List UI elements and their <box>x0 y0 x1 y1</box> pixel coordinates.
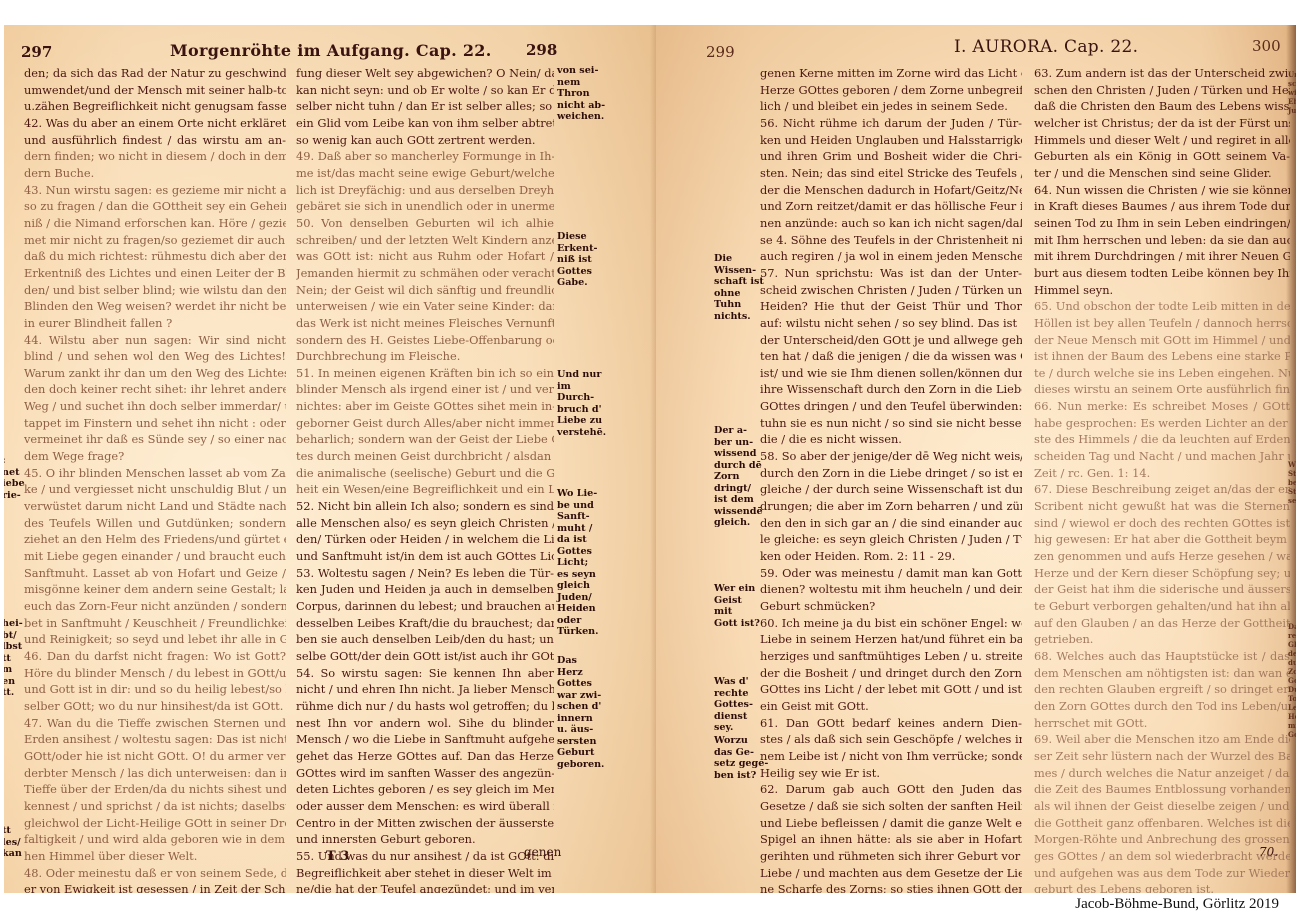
text-line: gebäret sie sich in unendlich oder in un… <box>296 198 554 215</box>
page-number-299: 299 <box>706 43 735 61</box>
text-line: den/ Türken oder Heiden / in welchem die… <box>296 531 554 548</box>
text-line: GOttes ins Licht / der lebet mit GOtt / … <box>760 681 1022 698</box>
edge-fragment-3: ttles/kan <box>4 825 22 860</box>
text-line: blind / und sehen wol den Weg des Lichte… <box>24 348 286 365</box>
text-line: und Gott ist in dir: und so du heilig le… <box>24 681 286 698</box>
text-line: ter / und die Menschen sind seine Glider… <box>1034 165 1290 182</box>
text-line: GOttes wird im sanften Wasser des angezü… <box>296 765 554 782</box>
text-line: Jemanden hiermit zu schmähen oder verach… <box>296 265 554 282</box>
text-line: 47. Wan du die Tieffe zwischen Sternen u… <box>24 715 286 732</box>
text-line: hig gewesen: Er hat aber die Gottheit be… <box>1034 531 1290 548</box>
text-line: dienen? woltestu mit ihm heucheln / und … <box>760 581 1022 598</box>
text-line: gerihten und rühmeten sich ihrer Geburt … <box>760 848 1022 865</box>
text-line: met mir nicht zu fragen/so geziemet dir … <box>24 232 286 249</box>
text-line: den rechten Glauben ergreift / so dringe… <box>1034 681 1290 698</box>
text-line: sten. Nein; das sind eitel Stricke des T… <box>760 165 1022 182</box>
text-line: 65. Und obschon der todte Leib mitten in… <box>1034 298 1290 315</box>
text-line: Geburt schmücken? <box>760 598 1022 615</box>
page-number-298: 298 <box>526 41 557 59</box>
text-line: Durchbrechung im Fleische. <box>296 348 554 365</box>
page-number-297: 297 <box>21 43 52 61</box>
text-line: heit ein Wesen/eine Begreiflichkeit und … <box>296 481 554 498</box>
catchword: genen <box>524 845 561 859</box>
text-line: scheiden Tag und Nacht / und machen Jahr… <box>1034 448 1290 465</box>
text-line: dern Buche. <box>24 165 286 182</box>
text-line: 59. Oder was meinestu / damit man kan Go… <box>760 565 1022 582</box>
left-page-header: 297 Morgenröhte im Aufgang. Cap. 22. 298 <box>4 39 656 65</box>
text-line: blinder Mensch als irgend einer ist / un… <box>296 381 554 398</box>
text-line: Spigel an ihnen hätte: als sie aber in H… <box>760 831 1022 848</box>
text-line: dieses wirstu an seinem Orte ausführlich… <box>1034 381 1290 398</box>
text-line: desselben Leibes Kraft/die du brauchest;… <box>296 615 554 632</box>
text-line: 53. Woltestu sagen / Nein? Es leben die … <box>296 565 554 582</box>
text-line: 42. Was du aber an einem Orte nicht erkl… <box>24 115 286 132</box>
text-line: ken und Heiden Unglauben und Halsstarrig… <box>760 132 1022 149</box>
text-line: des Teufels Willen und Gutdünken; sonder… <box>24 515 286 532</box>
text-line: 56. Nicht rühme ich darum der Juden / Tü… <box>760 115 1022 132</box>
text-line: Heilig sey wie Er ist. <box>760 765 1022 782</box>
text-line: genen Kerne mitten im Zorne wird das Lic… <box>760 65 1022 82</box>
text-line: und Sanftmuht ist/in dem ist auch GOttes… <box>296 548 554 565</box>
text-line: 57. Nun sprichstu: Was ist dan der Unter… <box>760 265 1022 282</box>
text-line: herziges und sanftmühtiges Leben / u. st… <box>760 648 1022 665</box>
text-line: vermeinet ihr daß es Sünde sey / so eine… <box>24 431 286 448</box>
text-line: getrieben. <box>1034 631 1290 648</box>
text-line: mit ihrem Durchdringen / mit ihrer Neuen… <box>1034 248 1290 265</box>
text-line: 44. Wilstu aber nun sagen: Wir sind nich… <box>24 332 286 349</box>
text-line: burt aus diesem todten Leibe können bey … <box>1034 265 1290 282</box>
text-line: ziehet an den Helm des Friedens/und gürt… <box>24 531 286 548</box>
text-line: Himmel seyn. <box>1034 282 1290 299</box>
text-line: der Unterscheid/den GOtt je und allwege … <box>760 332 1022 349</box>
text-line: die Gottheit ganz offenbaren. Welches is… <box>1034 815 1290 832</box>
text-line: der Geist hat ihm die siderische und äus… <box>1034 581 1290 598</box>
text-line: Himmels und dieser Welt / und regiret in… <box>1034 132 1290 149</box>
text-line: Geburten als ein König in GOtt seinem Va… <box>1034 148 1290 165</box>
text-line: und Reinigkeit; so seyd und lebet ihr al… <box>24 631 286 648</box>
text-line: der die Bosheit / und dringet durch den … <box>760 665 1022 682</box>
text-line: verwüstet darum nicht Land und Städte na… <box>24 498 286 515</box>
text-line: mit Liebe gegen einander / und braucht e… <box>24 548 286 565</box>
text-line: Zeit / rc. Gen. 1: 14. <box>1034 465 1290 482</box>
text-line: umwendet/und der Mensch mit seiner halb-… <box>24 82 286 99</box>
text-line: Herze GOttes geboren / dem Zorne unbegre… <box>760 82 1022 99</box>
text-line: Corpus, darinnen du lebest; und brauchen… <box>296 598 554 615</box>
text-line: was GOtt ist: nicht aus Ruhm oder Hofart… <box>296 248 554 265</box>
page-marker: 70. <box>1259 845 1278 859</box>
text-line: und innersten Geburt geboren. <box>296 831 554 848</box>
text-line: unterweisen / wie ein Vater seine Kinder… <box>296 298 554 315</box>
text-line: niß / die Nimand erforschen kan. Höre / … <box>24 215 286 232</box>
text-line: herrschet mit GOtt. <box>1034 715 1290 732</box>
text-line: te Geburt verborgen gehalten/und hat ihn… <box>1034 598 1290 615</box>
text-line: Erkentniß des Lichtes und einen Leiter d… <box>24 265 286 282</box>
text-line: 69. Weil aber die Menschen itzo am Ende … <box>1034 731 1290 748</box>
text-line: dem Menschen am nöhtigsten ist: dan wan … <box>1034 665 1290 682</box>
text-line: te / durch welche sie ins Leben eingehen… <box>1034 365 1290 382</box>
right-page-column-2: 63. Zum andern ist das der Unterscheid z… <box>1034 65 1290 893</box>
text-line: tes durch meinen Geist durchbricht / als… <box>296 448 554 465</box>
text-line: kan nicht seyn: und ob Er wolte / so kan… <box>296 82 554 99</box>
margin-note-unknowing: Der a-ber un-wissenddurch dēZorndringt/i… <box>714 425 763 529</box>
text-line: Sanftmuht. Lasset ab von Hofart und Geiz… <box>24 565 286 582</box>
text-line: geborner Geist durch Alles/aber nicht im… <box>296 415 554 432</box>
text-line: 67. Diese Beschreibung zeiget an/das der… <box>1034 481 1290 498</box>
right-page-column-1: genen Kerne mitten im Zorne wird das Lic… <box>760 65 1022 893</box>
text-line: so zu fragen / dan die GOttheit sey ein … <box>24 198 286 215</box>
text-line: alle Menschen also/ es seyn gleich Chris… <box>296 515 554 532</box>
running-title-right: I. AURORA. Cap. 22. <box>954 37 1138 57</box>
text-line: drungen; die aber im Zorn beharren / und… <box>760 498 1022 515</box>
text-line: 58. So aber der jenige/der dē Weg nicht … <box>760 448 1022 465</box>
signature-mark: T 3 <box>326 849 349 864</box>
text-line: auf: wilstu nicht sehen / so sey blind. … <box>760 315 1022 332</box>
text-line: nen anzünde: auch so kan ich nicht sagen… <box>760 215 1022 232</box>
text-line: und ausführlich findest / das wirstu am … <box>24 132 286 149</box>
text-line: bet in Sanftmuht / Keuschheit / Freundli… <box>24 615 286 632</box>
text-line: Blinden den Weg weisen? werdet ihr nicht… <box>24 298 286 315</box>
margin-note-breakthrough-love: Und nurimDurch-bruch d'Liebe zuverstehē. <box>557 369 606 438</box>
text-line: derbter Mensch / las dich unterweisen: d… <box>24 765 286 782</box>
text-line: 60. Ich meine ja du bist ein schöner Eng… <box>760 615 1022 632</box>
text-line: rühme dich nur / du hasts wol getroffen;… <box>296 698 554 715</box>
right-page: 299 I. AURORA. Cap. 22. 300 DieWissen-sc… <box>656 25 1296 893</box>
text-line: und Zorn reitzet/damit er das höllische … <box>760 198 1022 215</box>
text-line: geburt des Lebens geboren ist. <box>1034 881 1290 893</box>
text-line: 66. Nun merke: Es schreibet Moses / GOtt <box>1034 398 1290 415</box>
text-line: 48. Oder meinestu daß er von seinem Sede… <box>24 865 286 882</box>
text-line: 62. Darum gab auch GOtt den Juden das <box>760 781 1022 798</box>
edge-fragment-2: hei-bt/lbstttmentt. <box>4 618 23 699</box>
text-line: ben sie auch denselben Leib/den du hast;… <box>296 631 554 648</box>
text-line: GOtt/oder hie ist nicht GOtt. O! du arme… <box>24 748 286 765</box>
text-line: ist/ und wie sie Ihm dienen sollen/könne… <box>760 365 1022 382</box>
text-line: 54. So wirstu sagen: Sie kennen Ihn aber <box>296 665 554 682</box>
text-line: schen den Christen / Juden / Türken und … <box>1034 82 1290 99</box>
text-line: GOttes dringen / und den Teufel überwind… <box>760 398 1022 415</box>
text-line: u.zähen Begreiflichkeit nicht genugsam f… <box>24 98 286 115</box>
text-line: auf den Glauben / an das Herze der Gotth… <box>1034 615 1290 632</box>
text-line: selber GOtt; wo du nur hinsihest/da ist … <box>24 698 286 715</box>
text-line: habe gesprochen: Es werden Lichter an de… <box>1034 415 1290 432</box>
text-line: Herze und der Kern dieser Schöpfung sey;… <box>1034 565 1290 582</box>
text-line: er von Ewigkeit ist gesessen / in Zeit d… <box>24 881 286 893</box>
text-line: me ist/das macht seine ewige Geburt/welc… <box>296 165 554 182</box>
text-line: 64. Nun wissen die Christen / wie sie kö… <box>1034 182 1290 199</box>
text-line: lich ist Dreyfächig: und aus derselben D… <box>296 182 554 199</box>
text-line: Weg / und suchet ihn doch selber immerda… <box>24 398 286 415</box>
margin-note-true-worship: Was d'rechteGottes-dienstsey. <box>714 676 753 734</box>
text-line: ne/die hat der Teufel angezündet; und im… <box>296 881 554 893</box>
running-title-left: Morgenröhte im Aufgang. Cap. 22. <box>170 41 492 60</box>
text-line: tappet im Finstern und sehet ihn nicht :… <box>24 415 286 432</box>
text-line: Tieffe über der Erden/da du nichts sihes… <box>24 781 286 798</box>
text-line: lich / und bleibet ein jedes in seinem S… <box>760 98 1022 115</box>
text-line: le gleiche: es seyn gleich Christen / Ju… <box>760 531 1022 548</box>
text-line: in eurer Blindheit fallen ? <box>24 315 286 332</box>
edge-fragment-1: :netieberie- <box>4 455 25 501</box>
text-line: der Neue Mensch mit GOtt im Himmel / und <box>1034 332 1290 349</box>
text-line: schreiben/ und der letzten Welt Kindern … <box>296 232 554 249</box>
text-line: 49. Daß aber so mancherley Formunge in I… <box>296 148 554 165</box>
text-line: den/ und bist selber blind; wie wilstu d… <box>24 282 286 299</box>
text-line: Höre du blinder Mensch / du lebest in GO… <box>24 665 286 682</box>
text-line: 43. Nun wirstu sagen: es gezieme mir nic… <box>24 182 286 199</box>
text-line: in Kraft dieses Baumes / aus ihrem Tode … <box>1034 198 1290 215</box>
text-line: sind / wiewol er doch des rechten GOttes… <box>1034 515 1290 532</box>
text-line: scheid zwischen Christen / Juden / Türke… <box>760 282 1022 299</box>
text-line: das Werk ist nicht meines Fleisches Vern… <box>296 315 554 332</box>
text-line: ist ihnen der Baum des Lebens eine stark… <box>1034 348 1290 365</box>
text-line: Höllen ist bey allen Teufeln / dannoch h… <box>1034 315 1290 332</box>
text-line: die Zeit des Baumes Entblossung vorhande… <box>1034 781 1290 798</box>
right-page-header: 299 I. AURORA. Cap. 22. 300 <box>656 39 1296 65</box>
left-page-column-2: fung dieser Welt sey abgewichen? O Nein/… <box>296 65 554 893</box>
text-line: ein Glid vom Leibe kan von ihm selber ab… <box>296 115 554 132</box>
text-line: se 4. Söhne des Teufels in der Christenh… <box>760 232 1022 249</box>
margin-note-heart-of-god: DasHerzGotteswar zwi-schen d'innernu. äu… <box>557 655 604 770</box>
text-line: ken Juden und Heiden ja auch in demselbe… <box>296 581 554 598</box>
text-line: Nein; der Geist wil dich sänftig und fre… <box>296 282 554 299</box>
left-page-column-1: den; da sich das Rad der Natur zu geschw… <box>24 65 286 893</box>
text-line: Warum zankt ihr dan um den Weg des Licht… <box>24 365 286 382</box>
text-line: selbe GOtt/der dein GOtt ist/ist auch ih… <box>296 648 554 665</box>
text-line: daß du mich richtest: rühmestu dich aber… <box>24 248 286 265</box>
text-line: 61. Dan GOtt bedarf keines andern Dien- <box>760 715 1022 732</box>
margin-note-love-gentleness: Wo Lie-be undSanft-muht /da istGottesLic… <box>557 488 599 638</box>
text-line: 52. Nicht bin allein Ich also; sondern e… <box>296 498 554 515</box>
text-line: und ihren Grim und Bosheit wider die Chr… <box>760 148 1022 165</box>
margin-note-throne: von sei-nemThronnicht ab-weichen. <box>557 65 605 123</box>
text-line: ste des Himmels / die da leuchten auf Er… <box>1034 431 1290 448</box>
text-line: welcher ist Christus; der da ist der Für… <box>1034 115 1290 132</box>
text-line: ten hat / daß die jenigen / die da wisse… <box>760 348 1022 365</box>
left-page: 297 Morgenröhte im Aufgang. Cap. 22. 298… <box>4 25 656 893</box>
text-line: nicht / und ehren Ihn nicht. Ja lieber M… <box>296 681 554 698</box>
text-line: deten Lichtes geboren / es sey gleich im… <box>296 781 554 798</box>
text-line: mes / durch welches die Natur anzeiget /… <box>1034 765 1290 782</box>
text-line: als wil ihnen der Geist dieselbe zeigen … <box>1034 798 1290 815</box>
credit-caption: Jacob-Böhme-Bund, Görlitz 2019 <box>1075 896 1279 913</box>
text-line: ken oder Heiden. Rom. 2: 11 - 29. <box>760 548 1022 565</box>
text-line: den den in sich gar an / die sind einand… <box>760 515 1022 532</box>
text-line: hen Himmel über dieser Welt. <box>24 848 286 865</box>
text-line: ihre Wissenschaft durch den Zorn in die … <box>760 381 1022 398</box>
text-line: den; da sich das Rad der Natur zu geschw… <box>24 65 286 82</box>
text-line: ges GOttes / an dem sol wiederbracht wer… <box>1034 848 1290 865</box>
text-line: 50. Von denselben Geburten wil ich alhie <box>296 215 554 232</box>
text-line: sondern des H. Geistes Liebe-Offenbarung… <box>296 332 554 349</box>
text-line: Liebe / und machten aus dem Gesetze der … <box>760 865 1022 882</box>
text-line: und aufgehen was aus dem Tode zur Wieder… <box>1034 865 1290 882</box>
margin-note-one-spirit: Wer einGeistmitGott ist? <box>714 583 760 629</box>
text-line: ser Zeit sehr lüstern nach der Wurzel de… <box>1034 748 1290 765</box>
margin-note-knowledge-without-deeds: DieWissen-schaft istohneTuhnnichts. <box>714 253 764 322</box>
text-line: gehet das Herze GOttes auf. Dan das Herz… <box>296 748 554 765</box>
page-edge-shadow <box>1286 25 1296 893</box>
text-line: kennest / und sprichst / da ist nichts; … <box>24 798 286 815</box>
text-line: Erden ansihest / woltestu sagen: Das ist… <box>24 731 286 748</box>
book-spread: 297 Morgenröhte im Aufgang. Cap. 22. 298… <box>4 25 1296 893</box>
text-line: daß die Christen den Baum des Lebens wis… <box>1034 98 1290 115</box>
text-line: Begreiflichkeit aber stehet in dieser We… <box>296 865 554 882</box>
text-line: ein Geist mit GOtt. <box>760 698 1022 715</box>
text-line: so wenig kan auch GOtt zertrent werden. <box>296 132 554 149</box>
text-line: auch regiren / ja wol in einem jeden Men… <box>760 248 1022 265</box>
text-line: dem Wege frage? <box>24 448 286 465</box>
text-line: nem Leibe ist / nicht von Ihm verrücke; … <box>760 748 1022 765</box>
text-line: der die Menschen dadurch in Hofart/Geitz… <box>760 182 1022 199</box>
text-line: misgönne keiner dem andern seine Gestalt… <box>24 581 286 598</box>
page-number-300: 300 <box>1252 37 1281 55</box>
text-line: tuhn sie es nun nicht / so sind sie nich… <box>760 415 1022 432</box>
text-line: zen genommen und aufs Herze gesehen / wa… <box>1034 548 1290 565</box>
text-line: den Zorn GOttes durch den Tod ins Leben/… <box>1034 698 1290 715</box>
text-line: 63. Zum andern ist das der Unterscheid z… <box>1034 65 1290 82</box>
text-line: Heiden? Hie thut der Geist Thür und Thor <box>760 298 1022 315</box>
text-line: Centro in der Mitten zwischen der äusser… <box>296 815 554 832</box>
text-line: selber nicht tuhn / dan Er ist selber al… <box>296 98 554 115</box>
text-line: Gesetze / daß sie sich solten der sanfte… <box>760 798 1022 815</box>
text-line: Morgen-Röhte und Anbrechung des grossen … <box>1034 831 1290 848</box>
text-line: seinen Tod zu Ihm in sein Leben eindring… <box>1034 215 1290 232</box>
text-line: nichtes: aber im Geiste GOttes sihet mei… <box>296 398 554 415</box>
text-line: und Liebe befleissen / damit die ganze W… <box>760 815 1022 832</box>
text-line: 68. Welches auch das Hauptstücke ist / d… <box>1034 648 1290 665</box>
text-line: ne Scharfe des Zorns; so sties ihnen GOt… <box>760 881 1022 893</box>
text-line: fung dieser Welt sey abgewichen? O Nein/… <box>296 65 554 82</box>
text-line: faltigkeit / und wird alda geboren wie i… <box>24 831 286 848</box>
text-line: Scribent nicht gewußt hat was die Sterne… <box>1034 498 1290 515</box>
text-line: durch den Zorn in die Liebe dringet / so… <box>760 465 1022 482</box>
text-line: den doch keiner recht sihet: ihr lehret … <box>24 381 286 398</box>
text-line: die animalische (seelische) Geburt und d… <box>296 465 554 482</box>
text-line: ke / und vergiesset nicht unschuldig Blu… <box>24 481 286 498</box>
text-line: 45. O ihr blinden Menschen lasset ab vom… <box>24 465 286 482</box>
text-line: 46. Dan du darfst nicht fragen: Wo ist G… <box>24 648 286 665</box>
text-line: beharlich; sondern wan der Geist der Lie… <box>296 431 554 448</box>
text-line: oder ausser dem Menschen: es wird überal… <box>296 798 554 815</box>
text-line: stes / als daß sich sein Geschöpfe / wel… <box>760 731 1022 748</box>
text-line: 51. In meinen eigenen Kräften bin ich so… <box>296 365 554 382</box>
text-line: mit Ihm herrschen und leben: da sie dan … <box>1034 232 1290 249</box>
text-line: nest Ihn vor andern wol. Sihe du blinder <box>296 715 554 732</box>
text-line: euch das Zorn-Feur nicht anzünden / sond… <box>24 598 286 615</box>
text-line: gleiche / der durch seine Wissenschaft i… <box>760 481 1022 498</box>
margin-note-knowledge-gift: DieseErkent-niß istGottesGabe. <box>557 231 598 289</box>
text-line: Liebe in seinem Herzen hat/und führet ei… <box>760 631 1022 648</box>
text-line: Mensch / wo die Liebe in Sanftmuht aufge… <box>296 731 554 748</box>
text-line: dern finden; wo nicht in diesem / doch i… <box>24 148 286 165</box>
text-line: die / die es nicht wissen. <box>760 431 1022 448</box>
text-line: gleichwol der Licht-Heilige GOtt in sein… <box>24 815 286 832</box>
